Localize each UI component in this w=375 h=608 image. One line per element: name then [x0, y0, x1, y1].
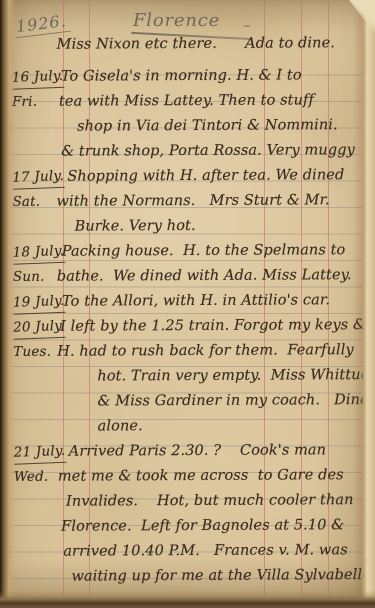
- entry-text: Florence. Left for Bagnoles at 5.10 &: [61, 514, 344, 537]
- entry-day: Sat.: [12, 191, 40, 213]
- entry-text: Packing house. H. to the Spelmans to: [62, 239, 346, 262]
- entry-text: & trunk shop, Porta Rossa. Very muggy: [61, 139, 355, 163]
- diary-line: Invalides. Hot, but much cooler than: [1, 489, 375, 513]
- entry-text: hot. Train very empty. Miss Whittuck: [97, 364, 375, 387]
- diary-line: Burke. Very hot.: [0, 214, 375, 238]
- diary-line: Florence. Left for Bagnoles at 5.10 &: [1, 514, 375, 538]
- entry-text: I left by the 1.25 train. Forgot my keys…: [60, 314, 366, 338]
- entry-text: H. had to rush back for them. Fearfully: [57, 339, 354, 363]
- entry-date: 19 July.: [13, 290, 66, 315]
- entry-text: tea with Miss Lattey. Then to stuff: [59, 89, 314, 112]
- diary-line: Fri.tea with Miss Lattey. Then to stuff: [0, 89, 374, 113]
- diary-line: 18 July.Packing house. H. to the Spelman…: [0, 239, 375, 263]
- diary-line: 16 July.To Gisela's in morning. H. & I t…: [0, 64, 374, 88]
- diary-line: 17 July.Shopping with H. after tea. We d…: [0, 164, 374, 188]
- entry-date: 20 July.: [13, 315, 66, 340]
- entry-text: & Miss Gardiner in my coach. Dined: [97, 389, 375, 412]
- entry-date: 21 July.: [13, 440, 66, 465]
- binding-edge: [0, 0, 16, 608]
- entry-text: Shopping with H. after tea. We dined: [67, 164, 344, 187]
- entry-day: Tues.: [13, 341, 51, 363]
- diary-line: hot. Train very empty. Miss Whittuck: [0, 364, 375, 388]
- page-right-edge: [353, 0, 375, 608]
- diary-line: 19 July.To the Allori, with H. in Attili…: [0, 289, 375, 313]
- entry-text: Burke. Very hot.: [75, 215, 196, 238]
- diary-line: shop in Via dei Tintori & Nommini.: [0, 114, 374, 138]
- entry-text: To Gisela's in morning. H. & I to: [61, 64, 302, 87]
- entry-text: met me & took me across to Gare des: [58, 464, 344, 487]
- diary-line: Tues.H. had to rush back for them. Fearf…: [0, 339, 375, 363]
- diary-line: 20 July.I left by the 1.25 train. Forgot…: [0, 314, 375, 338]
- entry-date: 16 July.: [11, 65, 64, 90]
- diary-line: & trunk shop, Porta Rossa. Very muggy: [0, 139, 374, 163]
- entry-text: with the Normans. Mrs Sturt & Mr.: [56, 189, 329, 212]
- entry-text: arrived 10.40 P.M. Frances v. M. was: [63, 539, 348, 562]
- entry-date: 17 July.: [12, 165, 65, 190]
- diary-line: Sat.with the Normans. Mrs Sturt & Mr.: [0, 189, 375, 213]
- diary-line: 21 July.Arrived Paris 2.30. ? Cook's man: [1, 439, 375, 463]
- page-bottom-edge: [0, 590, 375, 608]
- entry-text: Arrived Paris 2.30. ? Cook's man: [69, 439, 326, 462]
- diary-line: waiting up for me at the Villa Sylvabell…: [1, 564, 375, 588]
- entry-date: 18 July.: [12, 240, 65, 265]
- diary-line: arrived 10.40 P.M. Frances v. M. was: [1, 539, 375, 563]
- diary-line: Sun.bathe. We dined with Ada. Miss Latte…: [0, 264, 375, 288]
- diary-entries: Miss Nixon etc there. Ada to dine.16 Jul…: [0, 0, 375, 608]
- notebook-page: 1926. Florence – Miss Nixon etc there. A…: [0, 0, 375, 608]
- entry-text: alone.: [98, 415, 143, 437]
- entry-text: shop in Via dei Tintori & Nommini.: [77, 114, 338, 137]
- entry-text: bathe. We dined with Ada. Miss Lattey.: [57, 264, 352, 288]
- entry-text: waiting up for me at the Villa Sylvabell…: [71, 564, 375, 588]
- diary-line: alone.: [1, 414, 375, 438]
- entry-text: Miss Nixon etc there. Ada to dine.: [57, 32, 335, 55]
- entry-day: Wed.: [14, 466, 49, 488]
- diary-line: Wed.met me & took me across to Gare des: [1, 464, 375, 488]
- entry-text: Invalides. Hot, but much cooler than: [66, 489, 354, 513]
- diary-line: Miss Nixon etc there. Ada to dine.: [0, 32, 374, 56]
- entry-text: To the Allori, with H. in Attilio's car.: [62, 289, 330, 312]
- diary-line: & Miss Gardiner in my coach. Dined: [0, 389, 375, 413]
- diary-page-photo: 1926. Florence – Miss Nixon etc there. A…: [0, 0, 375, 608]
- entry-day: Sun.: [13, 266, 45, 288]
